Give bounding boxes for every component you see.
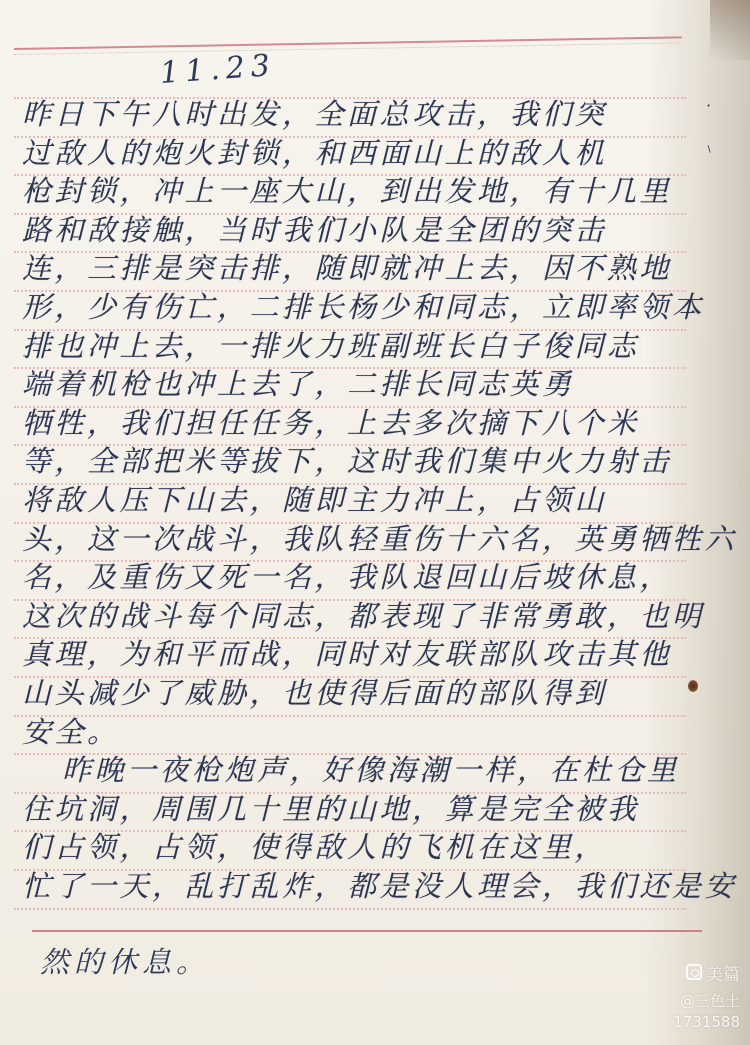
text-line: 名，及重伤又死一名，我队退回山后坡休息， (22, 558, 702, 597)
footer-red-rule (32, 930, 702, 932)
watermark-brand: 美篇 (640, 960, 740, 984)
entry-date: 11.23 (159, 48, 277, 91)
text-line: 住坑洞，周围几十里的山地，算是完全被我 (22, 790, 702, 829)
watermark-id: 1731588 (640, 1013, 740, 1031)
diary-body: 昨日下午八时出发，全面总攻击，我们突 过敌人的炮火封锁，和西面山上的敌人机 枪封… (22, 95, 702, 905)
page-corner-shadow (710, 0, 750, 60)
text-line: 等，全部把米等拔下，这时我们集中火力射击 (22, 442, 702, 481)
text-line: 们占领，占领，使得敌人的飞机在这里， (22, 828, 702, 867)
text-line: 安全。 (22, 713, 702, 752)
final-text-line: 然的休息。 (40, 940, 210, 981)
notebook-page: 11.23 昨日下午八时出发，全面总攻击，我们突 过敌人的炮火封锁，和西面山上的… (0, 0, 750, 1045)
text-line: 头，这一次战斗，我队轻重伤十六名，英勇牺牲六 (22, 520, 702, 559)
text-line: 过敌人的炮火封锁，和西面山上的敌人机 (22, 134, 702, 173)
text-line: 排也冲上去，一排火力班副班长白子俊同志 (22, 327, 702, 366)
watermark: 美篇 @三色土 1731588 (640, 960, 740, 1031)
text-line: 忙了一天，乱打乱炸，都是没人理会，我们还是安 (22, 867, 702, 906)
text-line: 昨日下午八时出发，全面总攻击，我们突 (22, 95, 702, 134)
text-line: 路和敌接触，当时我们小队是全团的突击 (22, 211, 702, 250)
text-line: 这次的战斗每个同志，都表现了非常勇敢，也明 (22, 597, 702, 636)
text-line: 连，三排是突击排，随即就冲上去，因不熟地 (22, 249, 702, 288)
watermark-brand-label: 美篇 (706, 960, 740, 985)
ruled-line (14, 908, 686, 910)
margin-mark: · (706, 96, 711, 115)
text-line: 枪封锁，冲上一座大山，到出发地，有十几里 (22, 172, 702, 211)
text-line: 山头减少了威胁，也使得后面的部队得到 (22, 674, 702, 713)
text-line: 牺牲，我们担任任务，上去多次摘下八个米 (22, 404, 702, 443)
text-line: 真理，为和平而战，同时对友联部队攻击其他 (22, 635, 702, 674)
text-line: 形，少有伤亡，二排长杨少和同志，立即率领本 (22, 288, 702, 327)
text-line: 将敌人压下山去，随即主力冲上，占领山 (22, 481, 702, 520)
meipian-logo-icon (686, 964, 702, 980)
header-wave-rule (14, 42, 682, 59)
text-line: 端着机枪也冲上去了，二排长同志英勇 (22, 365, 702, 404)
text-line: 昨晚一夜枪炮声，好像海潮一样，在杜仓里 (22, 751, 702, 790)
watermark-author: @三色土 (640, 990, 740, 1011)
ink-stain (688, 680, 698, 692)
